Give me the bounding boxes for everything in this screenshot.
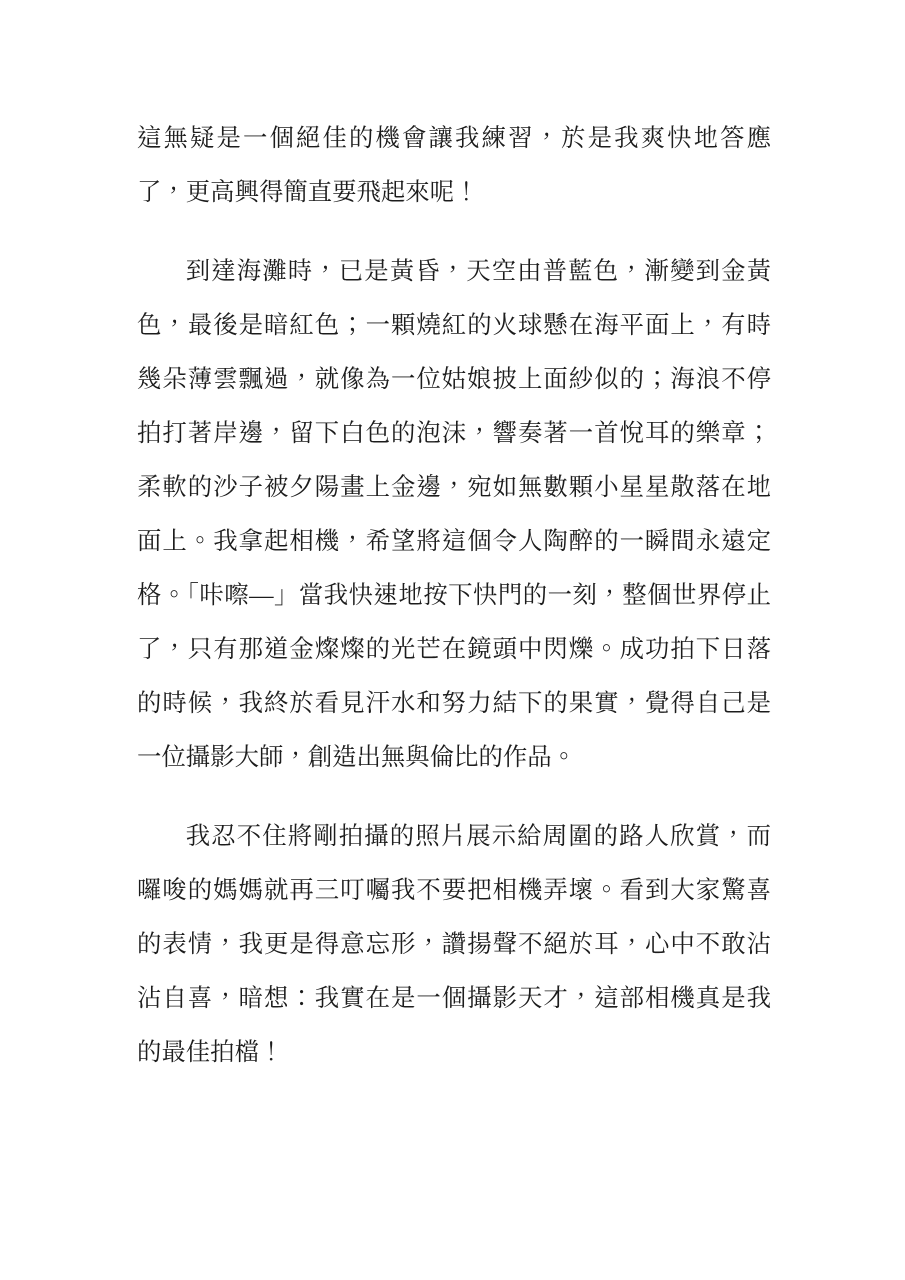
paragraph-beach-sunset: 到達海灘時，已是黃昏，天空由普藍色，漸變到金黃色，最後是暗紅色；一顆燒紅的火球懸… [137, 245, 771, 785]
document-page: 這無疑是一個絕佳的機會讓我練習，於是我爽快地答應了，更高興得簡直要飛起來呢！ 到… [0, 0, 905, 1280]
paragraph-showing-photos: 我忍不住將剛拍攝的照片展示給周圍的路人欣賞，而囉唆的媽媽就再三叮囑我不要把相機弄… [137, 810, 771, 1080]
paragraph-continuation: 這無疑是一個絕佳的機會讓我練習，於是我爽快地答應了，更高興得簡直要飛起來呢！ [137, 112, 771, 220]
